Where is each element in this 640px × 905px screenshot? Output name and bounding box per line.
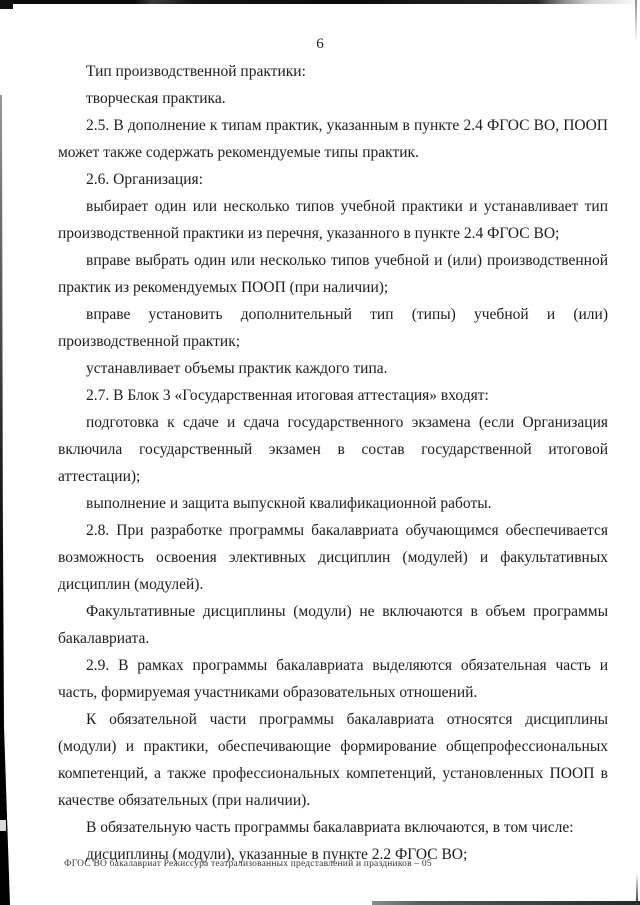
scan-artifact-right-edge-top <box>635 0 637 42</box>
paragraph: творческая практика. <box>58 85 608 112</box>
scan-artifact-right-edge-bottom <box>636 873 638 905</box>
paragraph: 2.7. В Блок 3 «Государственная итоговая … <box>58 382 608 409</box>
paragraph: 2.8. При разработке программы бакалавриа… <box>58 517 608 598</box>
paragraph: 2.6. Организация: <box>58 166 608 193</box>
paragraph: вправе выбрать один или несколько типов … <box>58 247 608 301</box>
scan-artifact-left-notch <box>0 820 6 831</box>
paragraph: устанавливает объемы практик каждого тип… <box>58 355 608 382</box>
paragraph: В обязательную часть программы бакалаври… <box>58 814 608 841</box>
scan-artifact-left-bar <box>0 95 10 905</box>
paragraph: подготовка к сдаче и сдача государственн… <box>58 409 608 490</box>
paragraph: выполнение и защита выпускной квалификац… <box>58 490 608 517</box>
scan-artifact-bottom-bar <box>372 901 640 905</box>
paragraph: вправе установить дополнительный тип (ти… <box>58 301 608 355</box>
paragraph: Тип производственной практики: <box>58 58 608 85</box>
scan-artifact-topleft-corner <box>0 0 13 9</box>
paragraph: выбирает один или несколько типов учебно… <box>58 193 608 247</box>
paragraph: К обязательной части программы бакалаври… <box>58 706 608 814</box>
paragraph: 2.9. В рамках программы бакалавриата выд… <box>58 652 608 706</box>
page-number: 6 <box>0 34 640 54</box>
document-page: 6 Тип производственной практики: творчес… <box>0 0 640 905</box>
scan-artifact-top-bar <box>0 0 640 4</box>
document-body: Тип производственной практики: творческа… <box>58 58 608 868</box>
paragraph: Факультативные дисциплины (модули) не вк… <box>58 598 608 652</box>
paragraph: 2.5. В дополнение к типам практик, указа… <box>58 112 608 166</box>
footer-note: ФГОС ВО бакалавриат Режиссура театрализо… <box>64 858 432 870</box>
